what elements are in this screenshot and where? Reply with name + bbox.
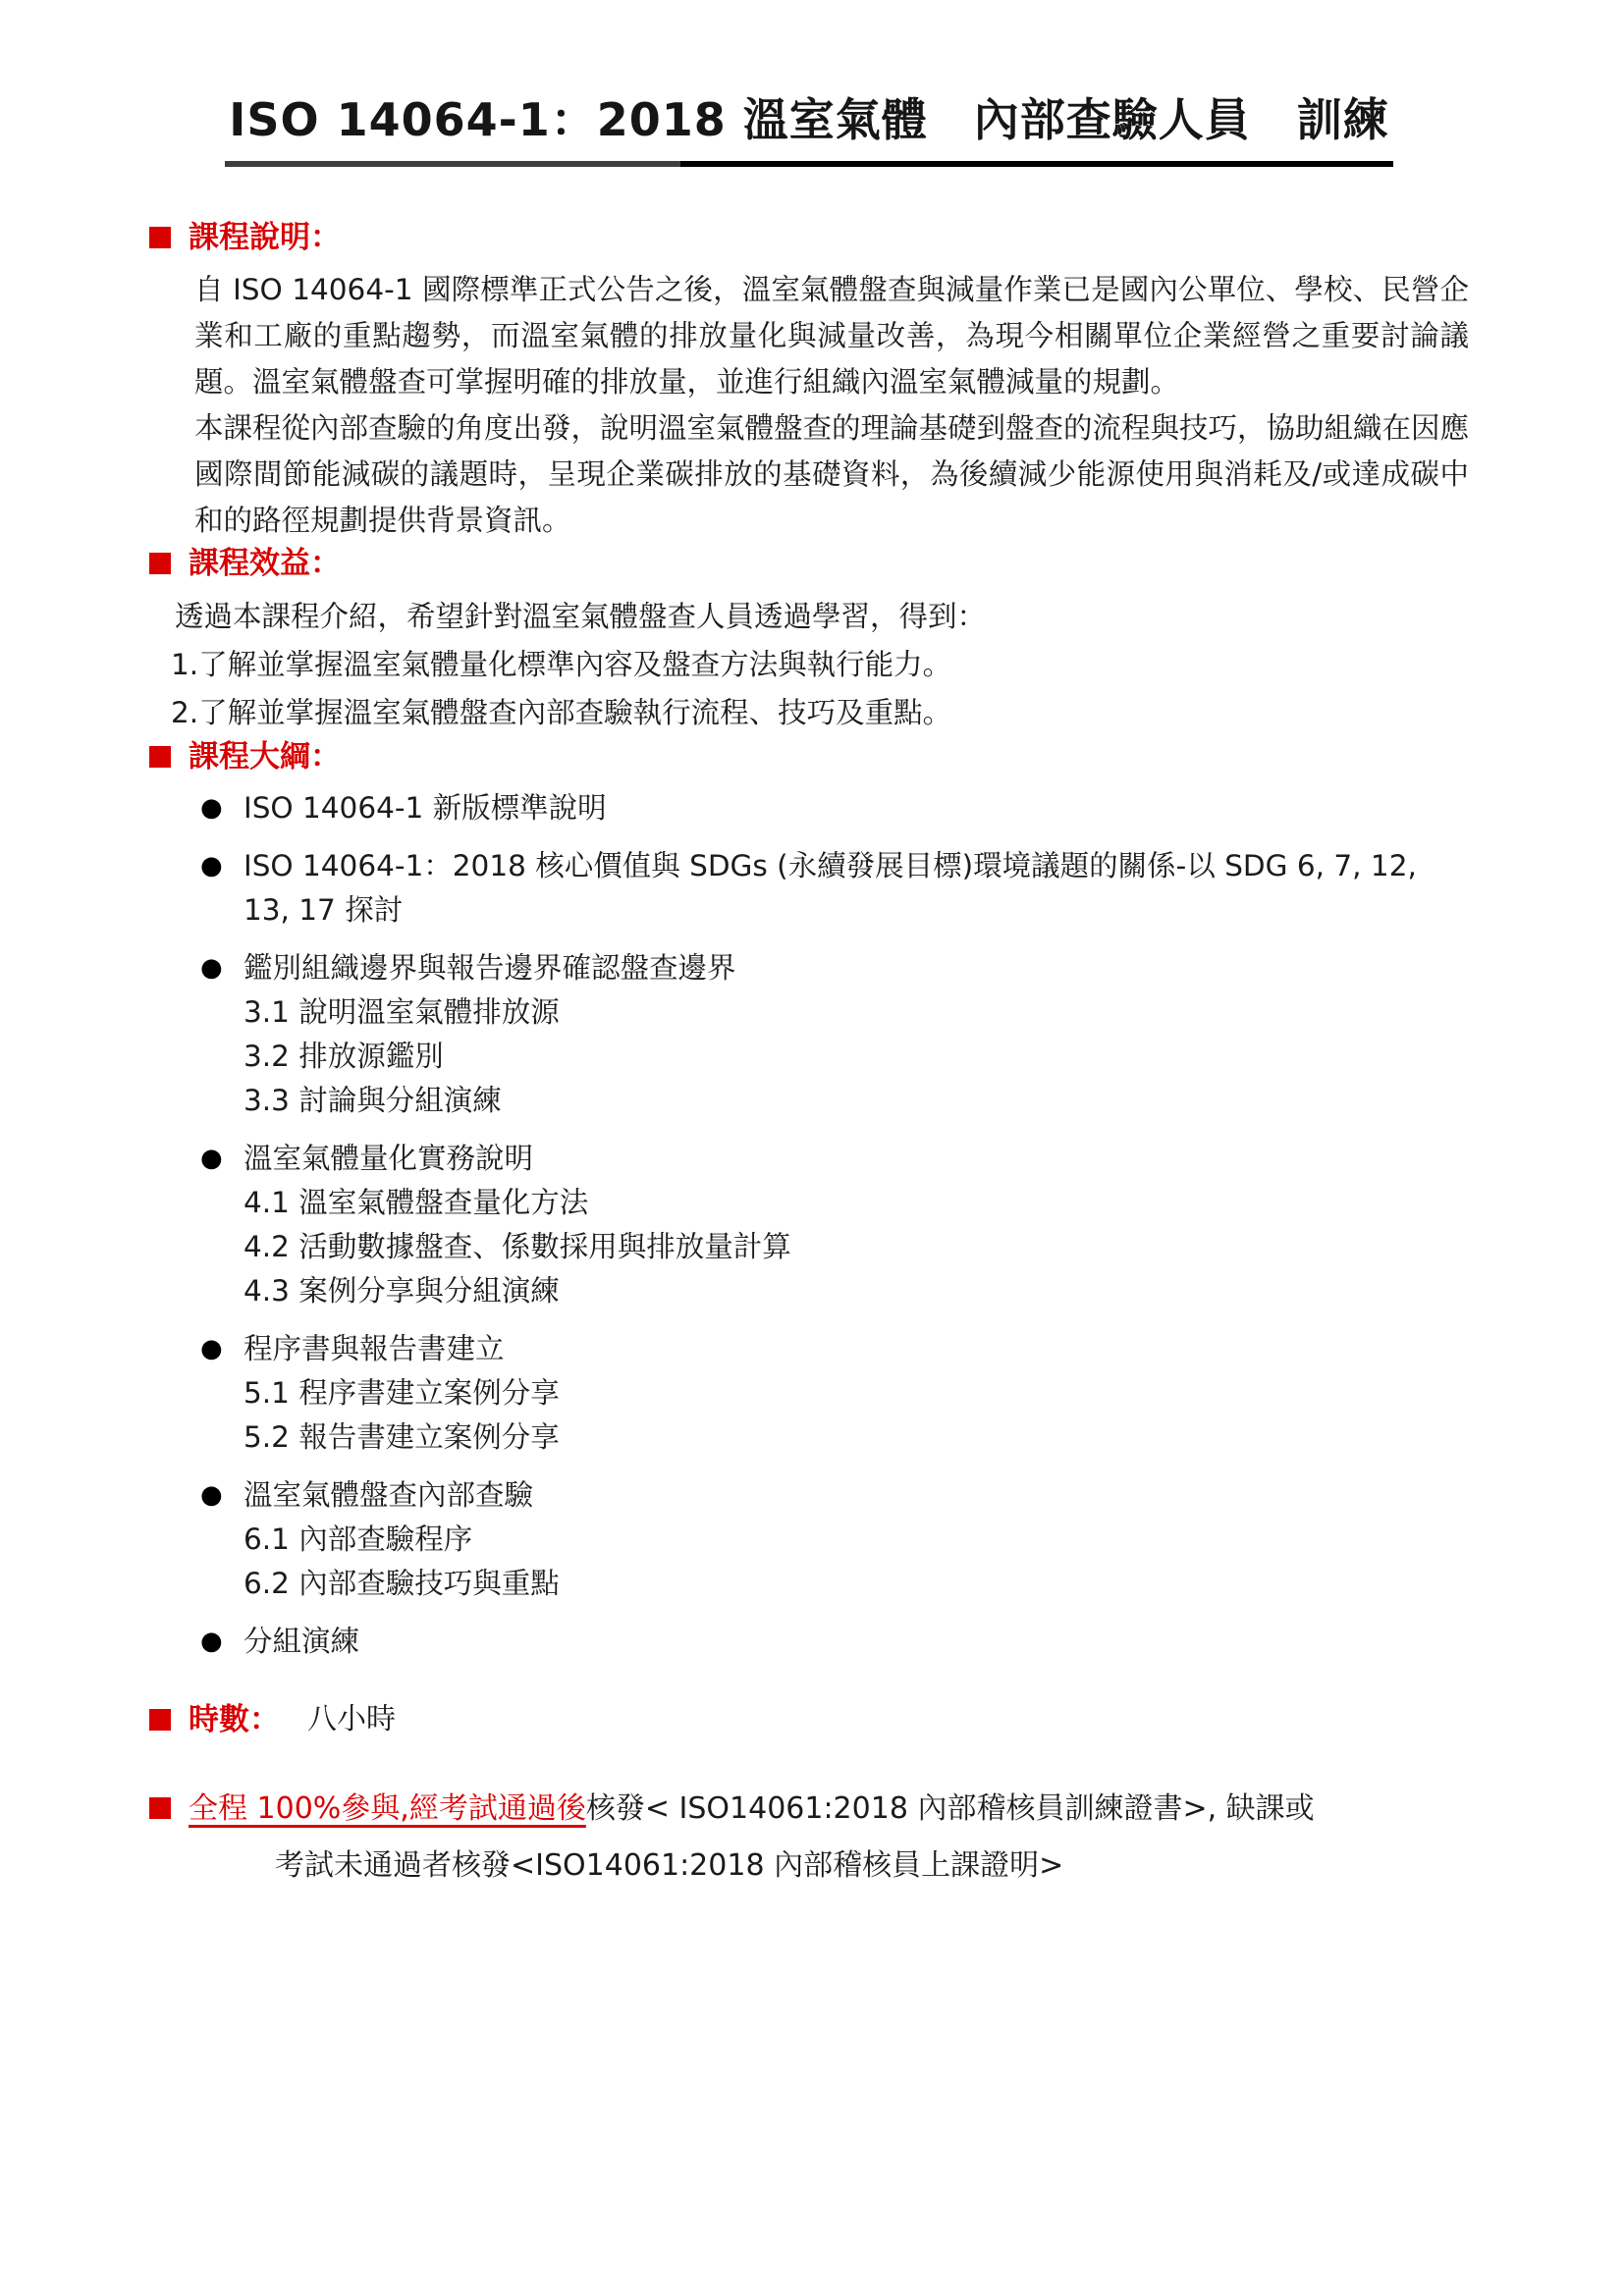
bullet-icon: ●	[200, 1137, 223, 1181]
red-square-bullet-icon	[149, 746, 171, 768]
section-hours: 時數： 八小時	[149, 1697, 1469, 1742]
title-block: ISO 14064-1：2018 溫室氣體 內部查驗人員 訓練	[149, 84, 1469, 167]
section-heading-course-description: 課程說明：	[149, 218, 1469, 257]
bullet-icon: ●	[200, 1620, 223, 1664]
outline-subitem: 4.3 案例分享與分組演練	[244, 1269, 1469, 1313]
section-course-description: 課程說明： 自 ISO 14064-1 國際標準正式公告之後，溫室氣體盤查與減量…	[149, 218, 1469, 544]
hours-heading: 時數：	[189, 1697, 280, 1742]
outline-item: ● 鑑別組織邊界與報告邊界確認盤查邊界 3.1 說明溫室氣體排放源 3.2 排放…	[149, 946, 1469, 1123]
certificate-line-1: 全程 100%參與,經考試通過後核發< ISO14061:2018 內部稽核員訓…	[149, 1786, 1469, 1833]
outline-subitem: 6.1 內部查驗程序	[244, 1518, 1469, 1562]
outline-item: ● ISO 14064-1：2018 核心價值與 SDGs (永續發展目標)環境…	[149, 844, 1469, 933]
outline-item-label: ISO 14064-1：2018 核心價值與 SDGs (永續發展目標)環境議題…	[244, 849, 1417, 927]
red-square-bullet-icon	[149, 1797, 171, 1819]
section-heading-label: 課程大綱：	[189, 737, 341, 776]
outline-item-label: 程序書與報告書建立	[244, 1332, 505, 1365]
certificate-line-2: 考試未通過者核發<ISO14061:2018 內部稽核員上課證明>	[149, 1842, 1469, 1890]
outline-list: ● ISO 14064-1 新版標準說明 ● ISO 14064-1：2018 …	[149, 786, 1469, 1664]
red-square-bullet-icon	[149, 227, 171, 248]
section-course-benefits: 課程效益： 透過本課程介紹，希望針對溫室氣體盤查人員透過學習，得到： 1.了解並…	[149, 544, 1469, 737]
outline-subitem: 6.2 內部查驗技巧與重點	[244, 1562, 1469, 1606]
outline-subitem: 3.2 排放源鑑別	[244, 1035, 1469, 1079]
benefit-item: 1.了解並掌握溫室氣體量化標準內容及盤查方法與執行能力。	[149, 641, 1469, 689]
description-paragraph: 本課程從內部查驗的角度出發，說明溫室氣體盤查的理論基礎到盤查的流程與技巧，協助組…	[149, 405, 1469, 544]
outline-item-label: 鑑別組織邊界與報告邊界確認盤查邊界	[244, 951, 736, 985]
section-course-outline: 課程大綱： ● ISO 14064-1 新版標準說明 ● ISO 14064-1…	[149, 737, 1469, 1664]
outline-subitem: 3.3 討論與分組演練	[244, 1079, 1469, 1123]
benefits-intro: 透過本課程介紹，希望針對溫室氣體盤查人員透過學習，得到：	[149, 593, 1469, 641]
benefit-item: 2.了解並掌握溫室氣體盤查內部查驗執行流程、技巧及重點。	[149, 689, 1469, 737]
outline-subitem: 5.1 程序書建立案例分享	[244, 1371, 1469, 1415]
red-square-bullet-icon	[149, 553, 171, 574]
red-square-bullet-icon	[149, 1709, 171, 1731]
bullet-icon: ●	[200, 786, 223, 830]
outline-item-label: ISO 14064-1 新版標準說明	[244, 791, 607, 825]
section-heading-label: 課程效益：	[189, 544, 341, 583]
outline-subitem: 4.2 活動數據盤查、係數採用與排放量計算	[244, 1225, 1469, 1269]
outline-item: ● 溫室氣體盤查內部查驗 6.1 內部查驗程序 6.2 內部查驗技巧與重點	[149, 1473, 1469, 1606]
outline-item: ● 分組演練	[149, 1620, 1469, 1664]
section-heading-course-outline: 課程大綱：	[149, 737, 1469, 776]
section-heading-course-benefits: 課程效益：	[149, 544, 1469, 583]
bullet-icon: ●	[200, 1327, 223, 1371]
description-paragraph: 自 ISO 14064-1 國際標準正式公告之後，溫室氣體盤查與減量作業已是國內…	[149, 267, 1469, 405]
document-page: ISO 14064-1：2018 溫室氣體 內部查驗人員 訓練 課程說明： 自 …	[0, 0, 1624, 2296]
section-certificate-note: 全程 100%參與,經考試通過後核發< ISO14061:2018 內部稽核員訓…	[149, 1786, 1469, 1890]
bullet-icon: ●	[200, 844, 223, 888]
section-heading-label: 課程說明：	[189, 218, 341, 257]
bullet-icon: ●	[200, 1473, 223, 1518]
certificate-rest-text: 核發< ISO14061:2018 內部稽核員訓練證書>, 缺課或	[586, 1791, 1315, 1826]
certificate-red-text: 全程 100%參與,經考試通過後	[189, 1791, 586, 1826]
outline-subitem: 4.1 溫室氣體盤查量化方法	[244, 1181, 1469, 1225]
outline-item: ● 程序書與報告書建立 5.1 程序書建立案例分享 5.2 報告書建立案例分享	[149, 1327, 1469, 1460]
outline-item-label: 溫室氣體量化實務說明	[244, 1142, 533, 1175]
outline-item-label: 分組演練	[244, 1625, 359, 1658]
outline-item-label: 溫室氣體盤查內部查驗	[244, 1478, 533, 1512]
outline-item: ● ISO 14064-1 新版標準說明	[149, 786, 1469, 830]
page-title: ISO 14064-1：2018 溫室氣體 內部查驗人員 訓練	[225, 84, 1393, 167]
outline-item: ● 溫室氣體量化實務說明 4.1 溫室氣體盤查量化方法 4.2 活動數據盤查、係…	[149, 1137, 1469, 1313]
bullet-icon: ●	[200, 946, 223, 990]
outline-subitem: 3.1 說明溫室氣體排放源	[244, 990, 1469, 1035]
outline-subitem: 5.2 報告書建立案例分享	[244, 1415, 1469, 1460]
hours-value: 八小時	[307, 1697, 396, 1742]
